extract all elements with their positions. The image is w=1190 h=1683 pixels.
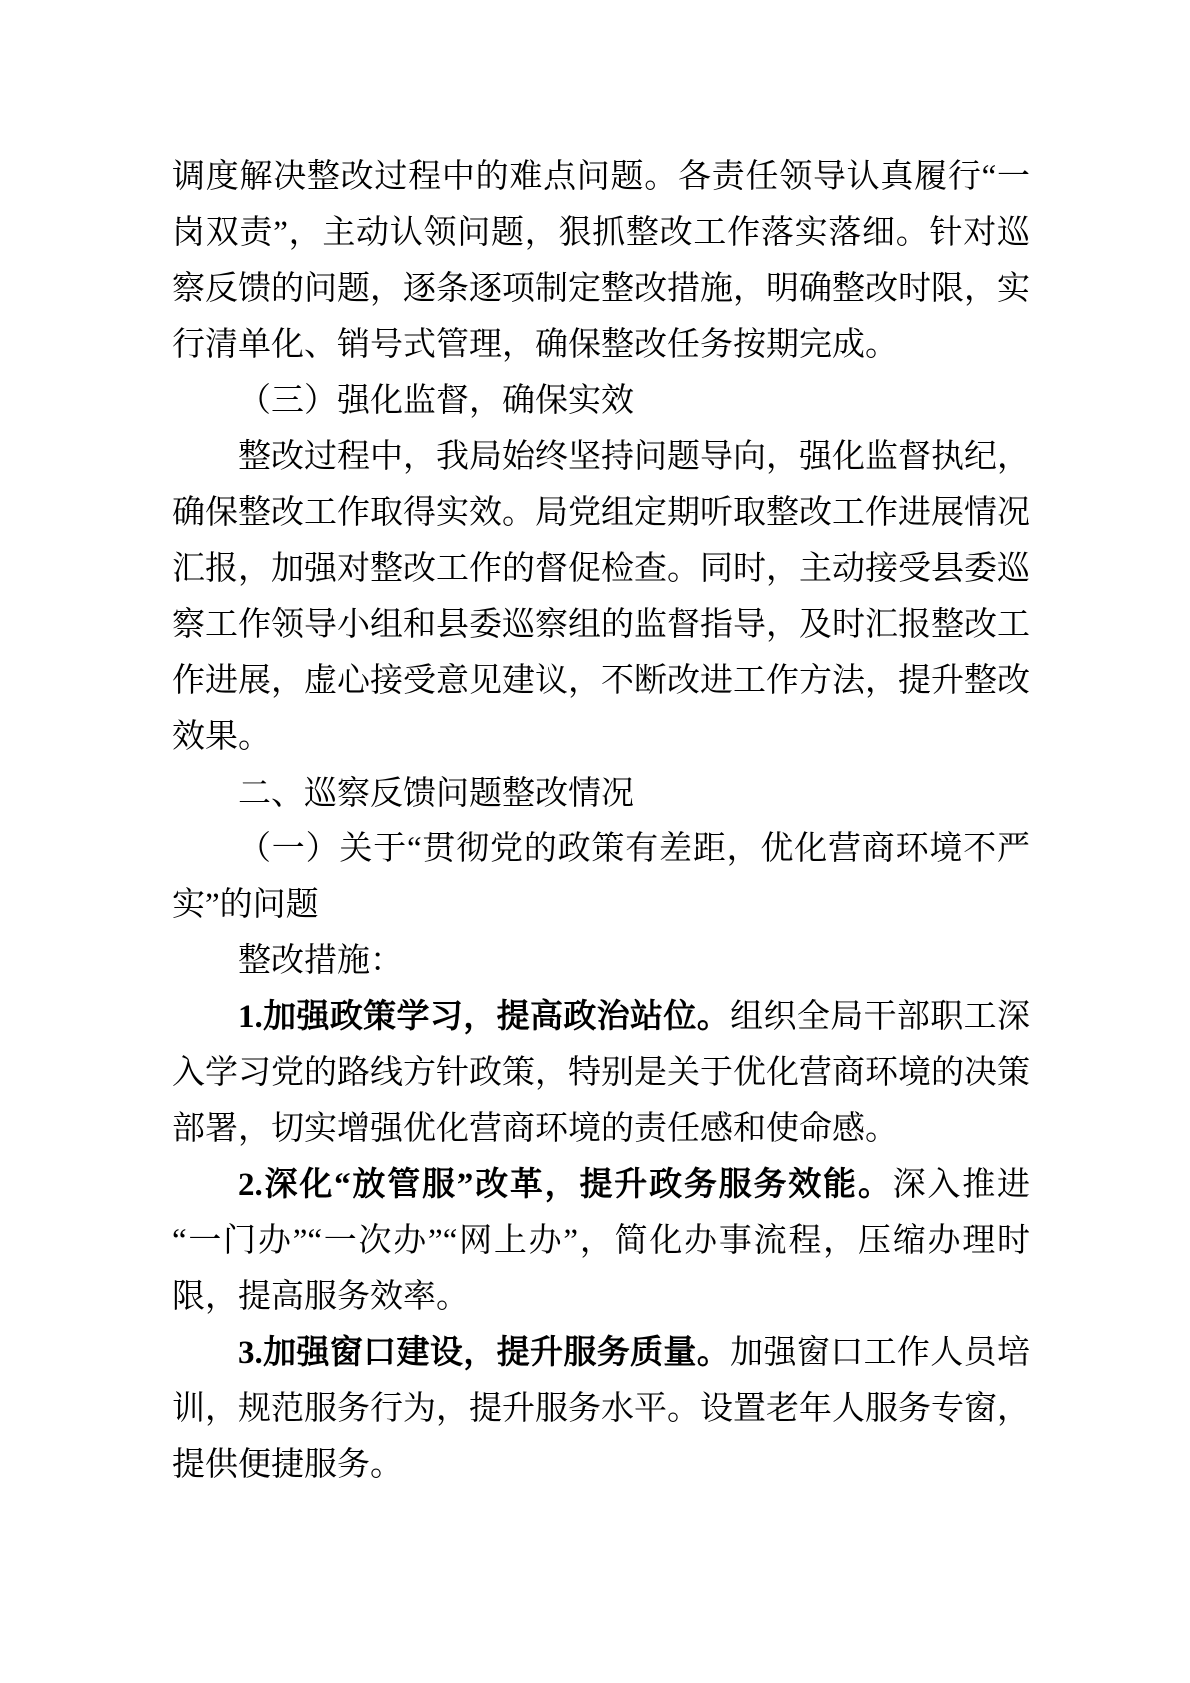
paragraph-measure-3: 3.加强窗口建设，提升服务质量。加强窗口工作人员培训，规范服务行为，提升服务水平…: [172, 1325, 1030, 1493]
measure-lead-text: 3.加强窗口建设，提升服务质量。: [238, 1335, 730, 1371]
heading-text: （一）关于“贯彻党的政策有差距，优化营商环境不严实”的问题: [172, 831, 1030, 923]
document-body: 调度解决整改过程中的难点问题。各责任领导认真履行“一岗双责”，主动认领问题，狠抓…: [172, 149, 1030, 1493]
measure-lead-text: 1.加强政策学习，提高政治站位。: [238, 999, 730, 1035]
paragraph-text: 整改过程中，我局始终坚持问题导向，强化监督执纪，确保整改工作取得实效。局党组定期…: [172, 439, 1030, 755]
paragraph-measures-label: 整改措施：: [172, 933, 1030, 989]
paragraph-supervision-detail: 整改过程中，我局始终坚持问题导向，强化监督执纪，确保整改工作取得实效。局党组定期…: [172, 429, 1030, 765]
paragraph-measure-2: 2.深化“放管服”改革，提升政务服务效能。深入推进“一门办”“一次办”“网上办”…: [172, 1157, 1030, 1325]
section-heading-rectification-status: 二、巡察反馈问题整改情况: [172, 765, 1030, 821]
paragraph-continuation: 调度解决整改过程中的难点问题。各责任领导认真履行“一岗双责”，主动认领问题，狠抓…: [172, 149, 1030, 373]
paragraph-text: 调度解决整改过程中的难点问题。各责任领导认真履行“一岗双责”，主动认领问题，狠抓…: [172, 159, 1030, 363]
heading-text: （三）强化监督，确保实效: [238, 383, 634, 419]
heading-text: 二、巡察反馈问题整改情况: [238, 774, 634, 811]
paragraph-measure-1: 1.加强政策学习，提高政治站位。组织全局干部职工深入学习党的路线方针政策，特别是…: [172, 989, 1030, 1157]
paragraph-text: 整改措施：: [238, 943, 403, 979]
measure-lead-text: 2.深化“放管服”改革，提升政务服务效能。: [238, 1167, 893, 1203]
sub-heading-problem-one: （一）关于“贯彻党的政策有差距，优化营商环境不严实”的问题: [172, 821, 1030, 933]
document-page: 调度解决整改过程中的难点问题。各责任领导认真履行“一岗双责”，主动认领问题，狠抓…: [0, 0, 1190, 1683]
sub-heading-strengthen-supervision: （三）强化监督，确保实效: [172, 373, 1030, 429]
